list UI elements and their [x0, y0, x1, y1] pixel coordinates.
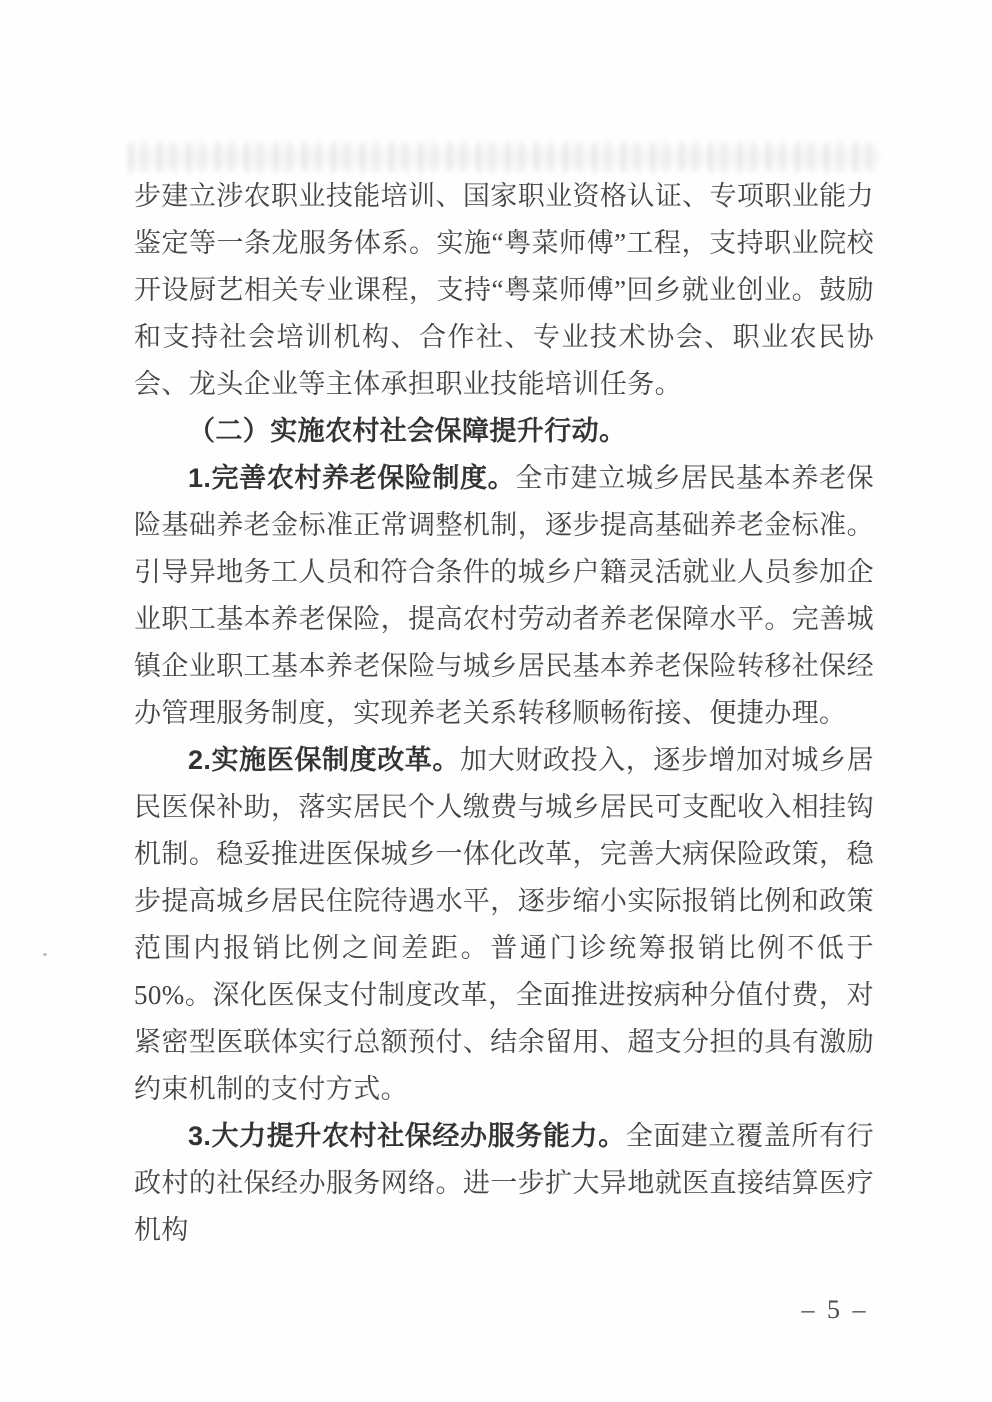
- section-heading: （二）实施农村社会保障提升行动。: [134, 408, 874, 455]
- document-body: 步建立涉农职业技能培训、国家职业资格认证、专项职业能力鉴定等一条龙服务体系。实施…: [134, 173, 874, 1254]
- paragraph-item-3: 3.大力提升农村社保经办服务能力。全面建立覆盖所有行政村的社保经办服务网络。进一…: [134, 1113, 874, 1254]
- item-2-lead: 2.实施医保制度改革。: [188, 745, 460, 775]
- item-1-text: 全市建立城乡居民基本养老保险基础养老金标准正常调整机制，逐步提高基础养老金标准。…: [134, 463, 874, 728]
- item-1-lead: 1.完善农村养老保险制度。: [188, 463, 515, 493]
- paragraph-continuation: 步建立涉农职业技能培训、国家职业资格认证、专项职业能力鉴定等一条龙服务体系。实施…: [134, 173, 874, 408]
- scan-speck: [43, 953, 47, 956]
- ink-bleed-through-band: [128, 142, 880, 172]
- section-heading-text: （二）实施农村社会保障提升行动。: [188, 416, 626, 446]
- paragraph-item-1: 1.完善农村养老保险制度。全市建立城乡居民基本养老保险基础养老金标准正常调整机制…: [134, 455, 874, 737]
- item-2-text: 加大财政投入，逐步增加对城乡居民医保补助，落实居民个人缴费与城乡居民可支配收入相…: [134, 745, 874, 1104]
- document-page: 步建立涉农职业技能培训、国家职业资格认证、专项职业能力鉴定等一条龙服务体系。实施…: [0, 0, 992, 1402]
- item-3-lead: 3.大力提升农村社保经办服务能力。: [188, 1121, 626, 1151]
- paragraph-item-2: 2.实施医保制度改革。加大财政投入，逐步增加对城乡居民医保补助，落实居民个人缴费…: [134, 737, 874, 1113]
- paragraph-text: 步建立涉农职业技能培训、国家职业资格认证、专项职业能力鉴定等一条龙服务体系。实施…: [134, 181, 874, 399]
- page-number: – 5 –: [790, 1295, 880, 1325]
